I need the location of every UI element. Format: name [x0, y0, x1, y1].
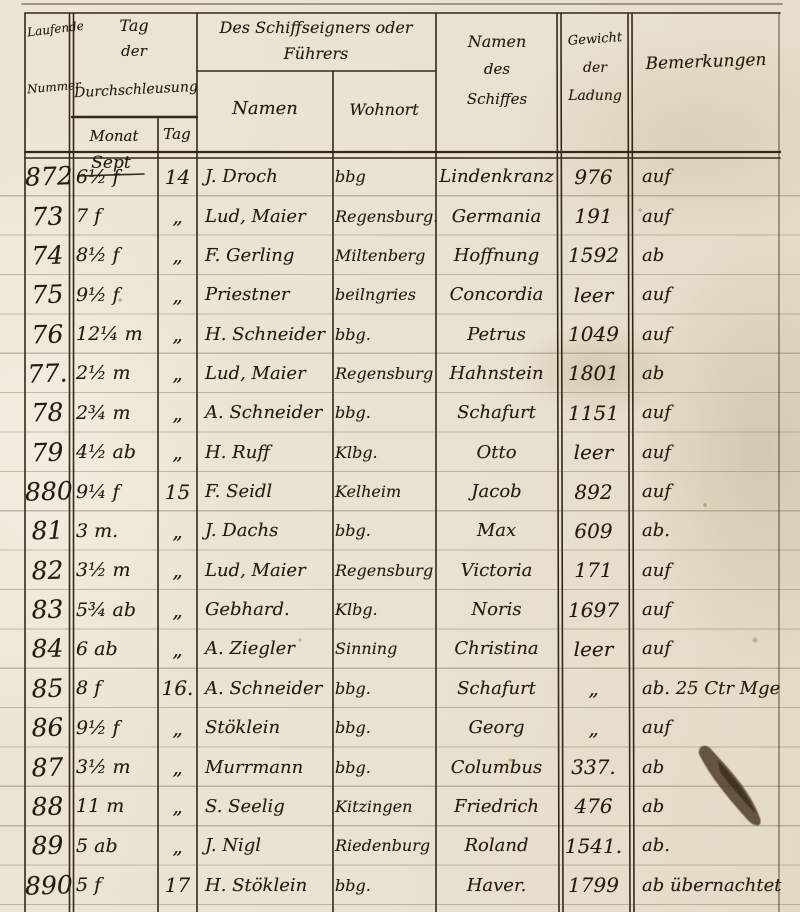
table-row: 77. 2½ m „ Lud, Maier Regensburg Hahnste… — [25, 354, 780, 393]
cell-schiffsname: Otto — [436, 442, 557, 463]
cell-laufende-nummer: 75 — [25, 279, 71, 310]
cell-stunde: 9¼ f — [70, 481, 158, 503]
cell-schiffsname: Friedrich — [436, 796, 557, 817]
header-tag: Tag — [163, 125, 190, 143]
cell-stunde: 2½ m — [70, 362, 158, 384]
cell-wohnort: Riedenburg — [333, 836, 436, 855]
cell-stunde: 3½ m — [70, 756, 158, 778]
table-row: 83 5¾ ab „ Gebhard. Klbg. Noris 1697 auf — [25, 590, 780, 629]
cell-wohnort: bbg — [333, 167, 436, 186]
cell-schiffsname: Hoffnung — [436, 245, 557, 266]
cell-wohnort: bbg. — [333, 876, 436, 895]
table-row: 84 6 ab „ A. Ziegler Sinning Christina l… — [25, 629, 780, 668]
table-row: 79 4½ ab „ H. Ruff Klbg. Otto leer auf — [25, 433, 780, 472]
cell-stunde: 8½ f — [70, 244, 158, 266]
cell-laufende-nummer: 79 — [25, 437, 71, 468]
cell-tag: „ — [158, 440, 197, 464]
cell-gewicht: „ — [557, 716, 630, 740]
cell-gewicht: leer — [557, 637, 630, 661]
cell-wohnort: Sinning — [333, 639, 436, 658]
cell-gewicht: 892 — [557, 480, 630, 504]
cell-tag: „ — [158, 243, 197, 267]
cell-wohnort: Klbg. — [333, 600, 436, 619]
cell-bemerkung: auf — [630, 402, 780, 423]
cell-laufende-nummer: 890 — [25, 870, 71, 901]
table-row: 86 9½ f „ Stöklein bbg. Georg „ auf — [25, 708, 780, 747]
cell-tag: „ — [158, 558, 197, 582]
cell-schiffsname: Germania — [436, 206, 557, 227]
cell-bemerkung: auf — [630, 324, 780, 345]
header-gewicht-line3: Ladung — [568, 88, 622, 104]
cell-tag: „ — [158, 716, 197, 740]
cell-tag: „ — [158, 283, 197, 307]
cell-stunde: 5 ab — [70, 835, 158, 857]
header-schiffseigner-line2: Führers — [284, 44, 349, 63]
cell-laufende-nummer: 84 — [25, 634, 71, 665]
cell-tag: „ — [158, 401, 197, 425]
cell-schiffer-name: F. Gerling — [197, 245, 333, 266]
cell-schiffsname: Jacob — [436, 481, 557, 502]
cell-schiffer-name: Gebhard. — [197, 599, 333, 620]
cell-wohnort: Kitzingen — [333, 797, 436, 816]
cell-bemerkung: auf — [630, 560, 780, 581]
cell-wohnort: beilngries — [333, 285, 436, 304]
cell-gewicht: 171 — [557, 558, 630, 582]
cell-stunde: 2¾ m — [70, 402, 158, 424]
cell-bemerkung: auf — [630, 481, 780, 502]
header-durchschleusung-line1: Tag — [119, 16, 148, 35]
cell-wohnort: bbg. — [333, 679, 436, 698]
cell-schiffsname: Christina — [436, 638, 557, 659]
cell-schiffer-name: J. Droch — [197, 166, 333, 187]
cell-bemerkung: auf — [630, 284, 780, 305]
cell-schiffer-name: H. Stöklein — [197, 875, 333, 896]
cell-gewicht: 191 — [557, 204, 630, 228]
cell-schiffsname: Noris — [436, 599, 557, 620]
cell-wohnort: Regensburg. — [333, 207, 436, 226]
cell-laufende-nummer: 880 — [25, 476, 71, 507]
cell-stunde: 7 f — [70, 205, 158, 227]
cell-laufende-nummer: 87 — [25, 752, 71, 783]
cell-bemerkung: auf — [630, 206, 780, 227]
cell-bemerkung: ab. — [630, 835, 780, 856]
table-row: 872 6½ f 14 J. Droch bbg Lindenkranz 976… — [25, 157, 780, 196]
header-wohnort: Wohnort — [349, 100, 418, 119]
cell-schiffsname: Georg — [436, 717, 557, 738]
cell-laufende-nummer: 74 — [25, 240, 71, 271]
cell-schiffer-name: Lud, Maier — [197, 560, 333, 581]
cell-schiffsname: Haver. — [436, 875, 557, 896]
cell-laufende-nummer: 89 — [25, 831, 71, 862]
cell-wohnort: Regensburg — [333, 364, 436, 383]
ledger-page: Laufende Nummer Tag der Durchschleusung … — [0, 0, 800, 912]
cell-laufende-nummer: 82 — [25, 555, 71, 586]
cell-gewicht: 476 — [557, 794, 630, 818]
cell-schiffsname: Hahnstein — [436, 363, 557, 384]
cell-stunde: 6½ f — [70, 166, 158, 188]
cell-stunde: 3 m. — [70, 520, 158, 542]
cell-stunde: 9½ f — [70, 284, 158, 306]
cell-bemerkung: auf — [630, 717, 780, 738]
cell-tag: „ — [158, 834, 197, 858]
cell-schiffer-name: A. Ziegler — [197, 638, 333, 659]
cell-tag: „ — [158, 755, 197, 779]
cell-schiffer-name: H. Ruff — [197, 442, 333, 463]
cell-schiffsname: Schafurt — [436, 678, 557, 699]
cell-laufende-nummer: 73 — [25, 201, 71, 232]
header-schiff-line1: Namen — [468, 32, 526, 51]
cell-tag: 14 — [158, 165, 197, 189]
header-durchschleusung-line2: der — [121, 42, 147, 60]
cell-laufende-nummer: 81 — [25, 516, 71, 547]
cell-schiffer-name: Murrmann — [197, 757, 333, 778]
cell-laufende-nummer: 78 — [25, 398, 71, 429]
cell-wohnort: bbg. — [333, 521, 436, 540]
cell-bemerkung: ab übernachtet — [630, 875, 780, 896]
cell-schiffer-name: A. Schneider — [197, 678, 333, 699]
cell-tag: „ — [158, 519, 197, 543]
header-schiff-line2: des — [484, 60, 510, 78]
cell-schiffer-name: Lud, Maier — [197, 206, 333, 227]
cell-schiffsname: Columbus — [436, 757, 557, 778]
cell-stunde: 9½ f — [70, 717, 158, 739]
table-row: 880 9¼ f 15 F. Seidl Kelheim Jacob 892 a… — [25, 472, 780, 511]
cell-gewicht: „ — [557, 676, 630, 700]
cell-gewicht: 1799 — [557, 873, 630, 897]
cell-gewicht: leer — [557, 283, 630, 307]
cell-stunde: 6 ab — [70, 638, 158, 660]
cell-schiffer-name: J. Dachs — [197, 520, 333, 541]
cell-tag: 15 — [158, 480, 197, 504]
cell-gewicht: 976 — [557, 165, 630, 189]
cell-wohnort: bbg. — [333, 403, 436, 422]
cell-gewicht: 609 — [557, 519, 630, 543]
cell-gewicht: leer — [557, 440, 630, 464]
cell-bemerkung: ab. — [630, 520, 780, 541]
cell-tag: „ — [158, 598, 197, 622]
cell-stunde: 8 f — [70, 677, 158, 699]
header-schiff-line3: Schiffes — [467, 90, 527, 108]
cell-gewicht: 1151 — [557, 401, 630, 425]
cell-tag: 17 — [158, 873, 197, 897]
cell-schiffsname: Max — [436, 520, 557, 541]
cell-gewicht: 1592 — [557, 243, 630, 267]
cell-wohnort: Regensburg — [333, 561, 436, 580]
cell-bemerkung: auf — [630, 599, 780, 620]
cell-wohnort: bbg. — [333, 325, 436, 344]
cell-schiffer-name: Lud, Maier — [197, 363, 333, 384]
cell-laufende-nummer: 86 — [25, 712, 71, 743]
cell-gewicht: 337. — [557, 755, 630, 779]
table-row: 88 11 m „ S. Seelig Kitzingen Friedrich … — [25, 787, 780, 826]
cell-schiffer-name: Stöklein — [197, 717, 333, 738]
cell-schiffer-name: S. Seelig — [197, 796, 333, 817]
cell-stunde: 11 m — [70, 795, 158, 817]
cell-laufende-nummer: 77. — [25, 358, 71, 389]
table-row: 76 12¼ m „ H. Schneider bbg. Petrus 1049… — [25, 314, 780, 353]
cell-schiffer-name: Priestner — [197, 284, 333, 305]
cell-gewicht: 1697 — [557, 598, 630, 622]
table-row: 89 5 ab „ J. Nigl Riedenburg Roland 1541… — [25, 826, 780, 865]
table-row: 890 5 f 17 H. Stöklein bbg. Haver. 1799 … — [25, 865, 780, 904]
cell-bemerkung: ab. 25 Ctr Mge — [630, 678, 780, 699]
cell-laufende-nummer: 85 — [25, 673, 71, 704]
cell-laufende-nummer: 88 — [25, 791, 71, 822]
cell-bemerkung: ab — [630, 363, 780, 384]
cell-stunde: 3½ m — [70, 559, 158, 581]
cell-gewicht: 1801 — [557, 361, 630, 385]
cell-wohnort: Klbg. — [333, 443, 436, 462]
table-row: 81 3 m. „ J. Dachs bbg. Max 609 ab. — [25, 511, 780, 550]
cell-wohnort: Miltenberg — [333, 246, 436, 265]
cell-bemerkung: auf — [630, 166, 780, 187]
cell-schiffsname: Victoria — [436, 560, 557, 581]
cell-laufende-nummer: 83 — [25, 594, 71, 625]
cell-schiffer-name: H. Schneider — [197, 324, 333, 345]
cell-bemerkung: auf — [630, 638, 780, 659]
cell-schiffsname: Petrus — [436, 324, 557, 345]
cell-wohnort: bbg. — [333, 718, 436, 737]
table-row: 75 9½ f „ Priestner beilngries Concordia… — [25, 275, 780, 314]
cell-schiffsname: Roland — [436, 835, 557, 856]
cell-tag: „ — [158, 322, 197, 346]
cell-schiffer-name: J. Nigl — [197, 835, 333, 856]
header-bemerkungen: Bemerkungen — [645, 50, 767, 74]
cell-stunde: 5¾ ab — [70, 599, 158, 621]
cell-tag: „ — [158, 361, 197, 385]
cell-laufende-nummer: 872 — [25, 161, 71, 192]
cell-schiffsname: Concordia — [436, 284, 557, 305]
cell-schiffer-name: A. Schneider — [197, 402, 333, 423]
cell-tag: „ — [158, 794, 197, 818]
cell-stunde: 4½ ab — [70, 441, 158, 463]
cell-gewicht: 1049 — [557, 322, 630, 346]
table-body: 872 6½ f 14 J. Droch bbg Lindenkranz 976… — [25, 157, 780, 912]
cell-tag: „ — [158, 637, 197, 661]
table-row: 87 3½ m „ Murrmann bbg. Columbus 337. ab — [25, 747, 780, 786]
header-schiffseigner-line1: Des Schiffseigners oder — [219, 18, 412, 37]
cell-wohnort: Kelheim — [333, 482, 436, 501]
cell-bemerkung: ab — [630, 245, 780, 266]
table-row: 74 8½ f „ F. Gerling Miltenberg Hoffnung… — [25, 236, 780, 275]
header-monat: Monat — [89, 127, 138, 145]
table-row: 73 7 f „ Lud, Maier Regensburg. Germania… — [25, 196, 780, 235]
cell-laufende-nummer: 76 — [25, 319, 71, 350]
cell-stunde: 12¼ m — [70, 323, 158, 345]
cell-schiffsname: Schafurt — [436, 402, 557, 423]
table-row: 82 3½ m „ Lud, Maier Regensburg Victoria… — [25, 551, 780, 590]
cell-gewicht: 1541. — [557, 834, 630, 858]
cell-wohnort: bbg. — [333, 758, 436, 777]
cell-stunde: 5 f — [70, 874, 158, 896]
cell-tag: „ — [158, 204, 197, 228]
header-gewicht-line2: der — [583, 60, 607, 76]
cell-schiffer-name: F. Seidl — [197, 481, 333, 502]
table-row: 85 8 f 16. A. Schneider bbg. Schafurt „ … — [25, 669, 780, 708]
table-row: 78 2¾ m „ A. Schneider bbg. Schafurt 115… — [25, 393, 780, 432]
header-namen: Namen — [232, 98, 298, 119]
cell-tag: 16. — [158, 676, 197, 700]
cell-bemerkung: auf — [630, 442, 780, 463]
ink-blot — [688, 742, 780, 838]
cell-schiffsname: Lindenkranz — [436, 166, 557, 187]
